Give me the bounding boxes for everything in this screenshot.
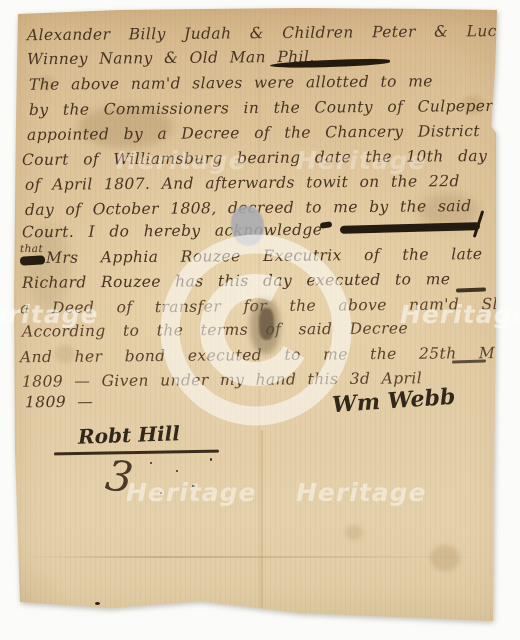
- stain: [418, 193, 478, 229]
- manuscript-line: a Deed of transfer for the above nam'd S…: [20, 295, 520, 317]
- ink-speck: [176, 470, 178, 472]
- manuscript-paper: Alexander Billy Judah & Children Peter &…: [0, 0, 520, 640]
- ink-speck: [150, 462, 152, 464]
- manuscript-line: Mrs Apphia Rouzee Executrix of the late: [46, 245, 483, 267]
- manuscript-line: by the Commissioners in the County of Cu…: [29, 97, 493, 119]
- stain: [78, 106, 173, 148]
- stain: [430, 545, 460, 571]
- ink-speck: [192, 485, 195, 487]
- ink-speck: [210, 458, 212, 461]
- stain: [462, 96, 484, 114]
- brown-smudge-core: [259, 308, 274, 340]
- manuscript-line: day of October 1808, decreed to me by th…: [25, 197, 472, 219]
- stain: [345, 525, 363, 540]
- aged-paper-surface: Alexander Billy Judah & Children Peter &…: [0, 0, 520, 640]
- manuscript-line: Court of Williamsburg bearing date the 1…: [22, 147, 487, 169]
- strikethrough-scribble: [320, 221, 333, 229]
- brown-smudge: [250, 298, 280, 354]
- ink-speck: [160, 492, 162, 494]
- signature-flourish: 3: [103, 450, 136, 502]
- signature-left: Robt Hill: [78, 421, 181, 449]
- manuscript-line: Winney Nanny & Old Man Phil.: [27, 48, 315, 69]
- manuscript-line: of April 1807. And afterwards towit on t…: [25, 172, 460, 194]
- manuscript-line: 1809 —: [25, 393, 93, 412]
- stain: [55, 345, 75, 363]
- ink-speck: [95, 602, 100, 605]
- photo-background: Alexander Billy Judah & Children Peter &…: [0, 0, 520, 640]
- pen-stroke: [473, 210, 485, 238]
- stain: [28, 225, 70, 310]
- manuscript-line: Alexander Billy Judah & Children Peter &…: [27, 22, 520, 44]
- strikethrough-scribble: [340, 222, 480, 234]
- manuscript-line: Court. I do hereby acknowledge: [22, 221, 322, 242]
- manuscript-line: The above nam'd slaves were allotted to …: [29, 72, 433, 94]
- fold-crease: [258, 20, 260, 620]
- signature-underline-flourish: [54, 450, 219, 456]
- manuscript-line: 1809 — Given under my hand this 3d April: [22, 369, 422, 390]
- manuscript-line: According to the terms of said Decree: [22, 319, 408, 340]
- manuscript-line: And her bond executed to me the 25th Mar…: [20, 344, 520, 366]
- manuscript-line: Richard Rouzee has this day executed to …: [22, 270, 451, 292]
- pen-dash-flourish: [456, 287, 486, 292]
- blotted-word: [20, 255, 45, 265]
- pen-dash-flourish: [452, 359, 486, 363]
- stain: [38, 76, 54, 90]
- fold-crease: [261, 430, 263, 620]
- manuscript-line: appointed by a Decree of the Chancery Di…: [27, 122, 480, 144]
- pen-dash-flourish: [270, 58, 390, 69]
- interline-insertion: that: [20, 240, 43, 258]
- gray-ink-blot: [231, 206, 264, 246]
- signature-right: Wm Webb: [331, 384, 456, 419]
- fold-crease: [24, 556, 484, 558]
